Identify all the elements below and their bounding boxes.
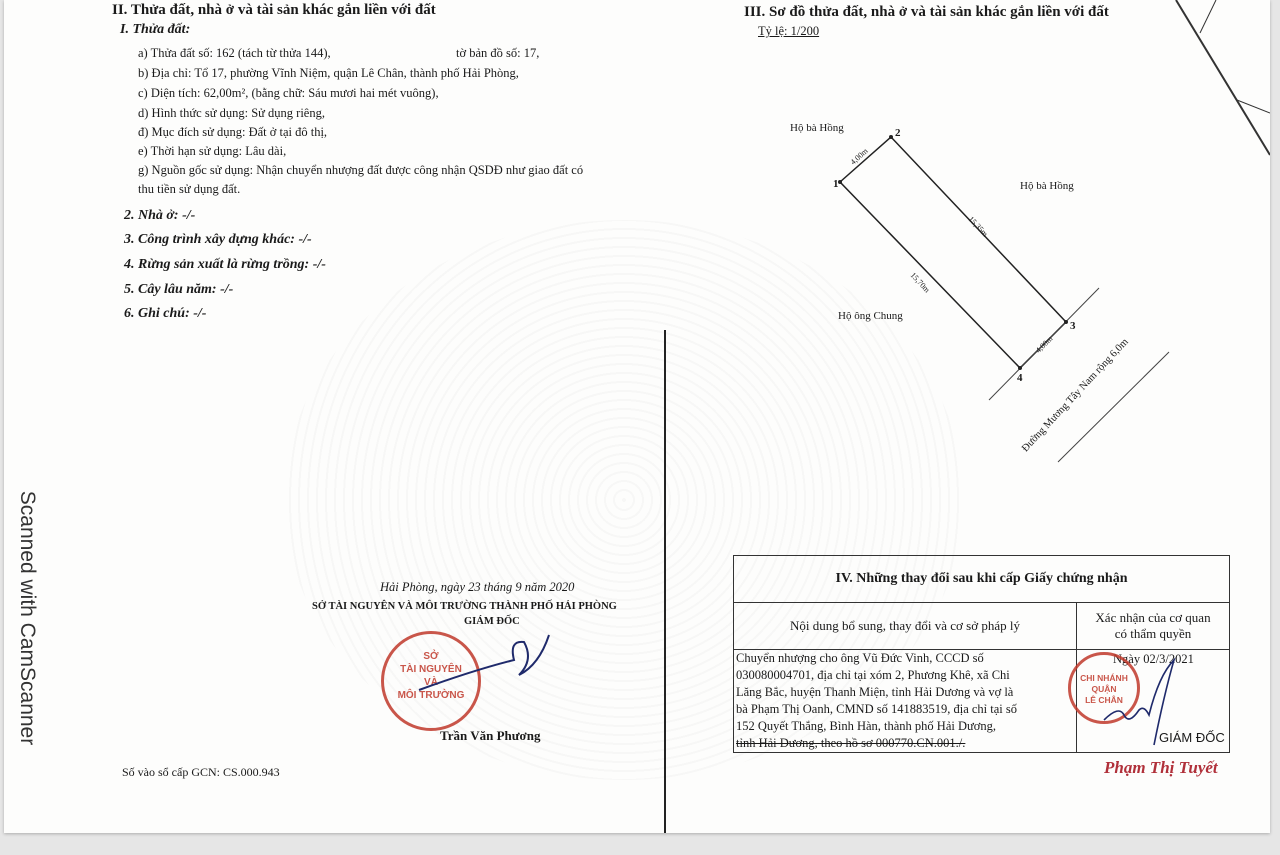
neighbor-top-label: Hộ bà Hồng <box>790 122 844 134</box>
neighbor-right-label: Hộ bà Hồng <box>1020 180 1074 192</box>
point-2: 2 <box>895 127 901 139</box>
branch-signature <box>1094 655 1184 755</box>
certificate-page: Scanned with CamScanner II. Thửa đất, nh… <box>4 0 1270 833</box>
change-content: Chuyển nhượng cho ông Vũ Đức Vinh, CCCD … <box>734 650 1077 753</box>
col-confirm-header: Xác nhận của cơ quan có thẩm quyền <box>1077 603 1230 650</box>
changes-table-title: IV. Những thay đổi sau khi cấp Giấy chứn… <box>734 556 1230 603</box>
point-4: 4 <box>1017 372 1023 384</box>
col-content-header: Nội dung bổ sung, thay đổi và cơ sở pháp… <box>734 603 1077 650</box>
branch-signer-name: Phạm Thị Tuyết <box>1104 758 1218 778</box>
point-3: 3 <box>1070 320 1076 332</box>
point-1: 1 <box>833 178 839 190</box>
neighbor-left-label: Hộ ông Chung <box>838 310 903 322</box>
